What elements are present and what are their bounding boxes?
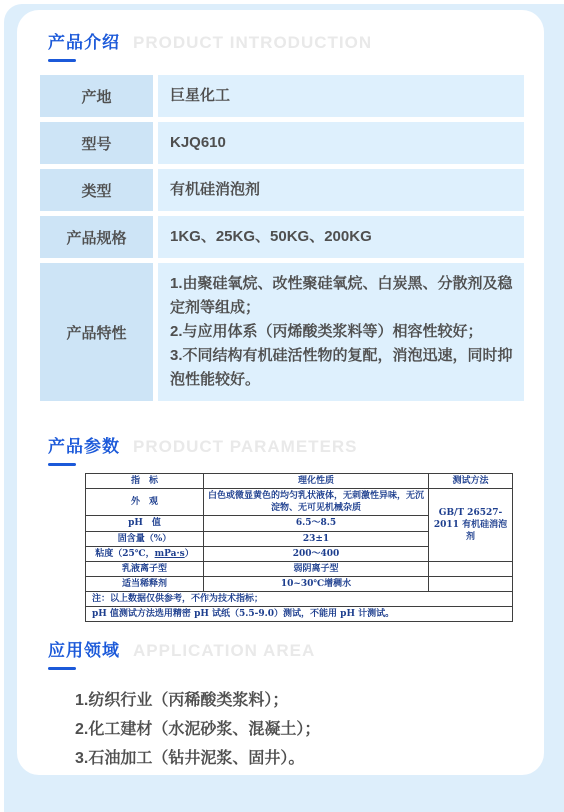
product-detail-card: 产品介绍 PRODUCT INTRODUCTION 产地 巨星化工 型号 KJQ… (17, 10, 544, 775)
application-item-building: 2.化工建材（水泥砂浆、混凝土）； (75, 715, 523, 744)
param-note-1: 注：以上数据仅供参考，不作为技术指标； (86, 592, 513, 607)
intro-watermark: PRODUCT INTRODUCTION (133, 33, 372, 53)
diluent-method-empty (429, 576, 513, 591)
features-value: 1.由聚硅氧烷、改性聚硅氧烷、白炭黑、分散剂及稳定剂等组成； 2.与应用体系（丙… (158, 263, 524, 401)
params-title: 产品参数 (48, 432, 120, 457)
param-row-ion-type: 乳液离子型 弱阴离子型 (86, 561, 513, 576)
info-row-type: 类型 有机硅消泡剂 (40, 169, 524, 211)
param-note-row-1: 注：以上数据仅供参考，不作为技术指标； (86, 592, 513, 607)
param-note-row-2: pH 值测试方法选用精密 pH 试纸（5.5-9.0）测试，不能用 pH 计测试… (86, 607, 513, 622)
ion-type-label: 乳液离子型 (86, 561, 204, 576)
solid-content-label: 固含量（%） (86, 531, 204, 546)
info-row-model: 型号 KJQ610 (40, 122, 524, 164)
apps-title-underline (48, 667, 76, 670)
ion-type-method-empty (429, 561, 513, 576)
intro-title-underline (48, 59, 76, 62)
ph-value: 6.5～8.5 (204, 516, 429, 531)
type-label: 类型 (40, 169, 153, 211)
info-row-spec: 产品规格 1KG、25KG、50KG、200KG (40, 216, 524, 258)
spec-label: 产品规格 (40, 216, 153, 258)
param-header-property: 理化性质 (204, 474, 429, 489)
section-header-apps: 应用领域 APPLICATION AREA (48, 636, 523, 661)
apps-title: 应用领域 (48, 636, 120, 661)
params-watermark: PRODUCT PARAMETERS (133, 437, 358, 457)
application-list: 1.纺织行业（丙稀酸类浆料）； 2.化工建材（水泥砂浆、混凝土）； 3.石油加工… (75, 686, 523, 773)
param-row-diluent: 适当稀释剂 10~30℃增稠水 (86, 576, 513, 591)
model-value: KJQ610 (158, 122, 524, 164)
features-label: 产品特性 (40, 263, 153, 401)
origin-label: 产地 (40, 75, 153, 117)
info-row-features: 产品特性 1.由聚硅氧烷、改性聚硅氧烷、白炭黑、分散剂及稳定剂等组成； 2.与应… (40, 263, 524, 401)
appearance-label: 外 观 (86, 489, 204, 516)
param-header-indicator: 指 标 (86, 474, 204, 489)
ph-label: pH 值 (86, 516, 204, 531)
apps-watermark: APPLICATION AREA (133, 641, 315, 661)
section-header-params: 产品参数 PRODUCT PARAMETERS (48, 432, 523, 457)
param-row-appearance: 外 观 白色或微显黄色的均匀乳状液体，无刺激性异味，无沉淀物、无可见机械杂质 G… (86, 489, 513, 516)
viscosity-value: 200～400 (204, 546, 429, 561)
application-item-textile: 1.纺织行业（丙稀酸类浆料）； (75, 686, 523, 715)
viscosity-unit: mPa·s (155, 549, 185, 559)
intro-title: 产品介绍 (48, 28, 120, 53)
param-header-row: 指 标 理化性质 测试方法 (86, 474, 513, 489)
ion-type-value: 弱阴离子型 (204, 561, 429, 576)
parameters-table: 指 标 理化性质 测试方法 外 观 白色或微显黄色的均匀乳状液体，无刺激性异味，… (85, 473, 513, 622)
type-value: 有机硅消泡剂 (158, 169, 524, 211)
section-header-intro: 产品介绍 PRODUCT INTRODUCTION (48, 28, 523, 53)
param-header-method: 测试方法 (429, 474, 513, 489)
test-method-value: GB/T 26527-2011 有机硅消泡剂 (429, 489, 513, 562)
spec-value: 1KG、25KG、50KG、200KG (158, 216, 524, 258)
solid-content-value: 23±1 (204, 531, 429, 546)
origin-value: 巨星化工 (158, 75, 524, 117)
viscosity-label: 粘度（25℃，mPa·s） (86, 546, 204, 561)
info-row-origin: 产地 巨星化工 (40, 75, 524, 117)
appearance-value: 白色或微显黄色的均匀乳状液体，无刺激性异味，无沉淀物、无可见机械杂质 (204, 489, 429, 516)
model-label: 型号 (40, 122, 153, 164)
application-item-petroleum: 3.石油加工（钻井泥浆、固井）。 (75, 744, 523, 773)
param-note-2: pH 值测试方法选用精密 pH 试纸（5.5-9.0）测试，不能用 pH 计测试… (86, 607, 513, 622)
params-title-underline (48, 463, 76, 466)
diluent-value: 10~30℃增稠水 (204, 576, 429, 591)
product-info-table: 产地 巨星化工 型号 KJQ610 类型 有机硅消泡剂 产品规格 1KG、25K… (40, 75, 524, 401)
diluent-label: 适当稀释剂 (86, 576, 204, 591)
